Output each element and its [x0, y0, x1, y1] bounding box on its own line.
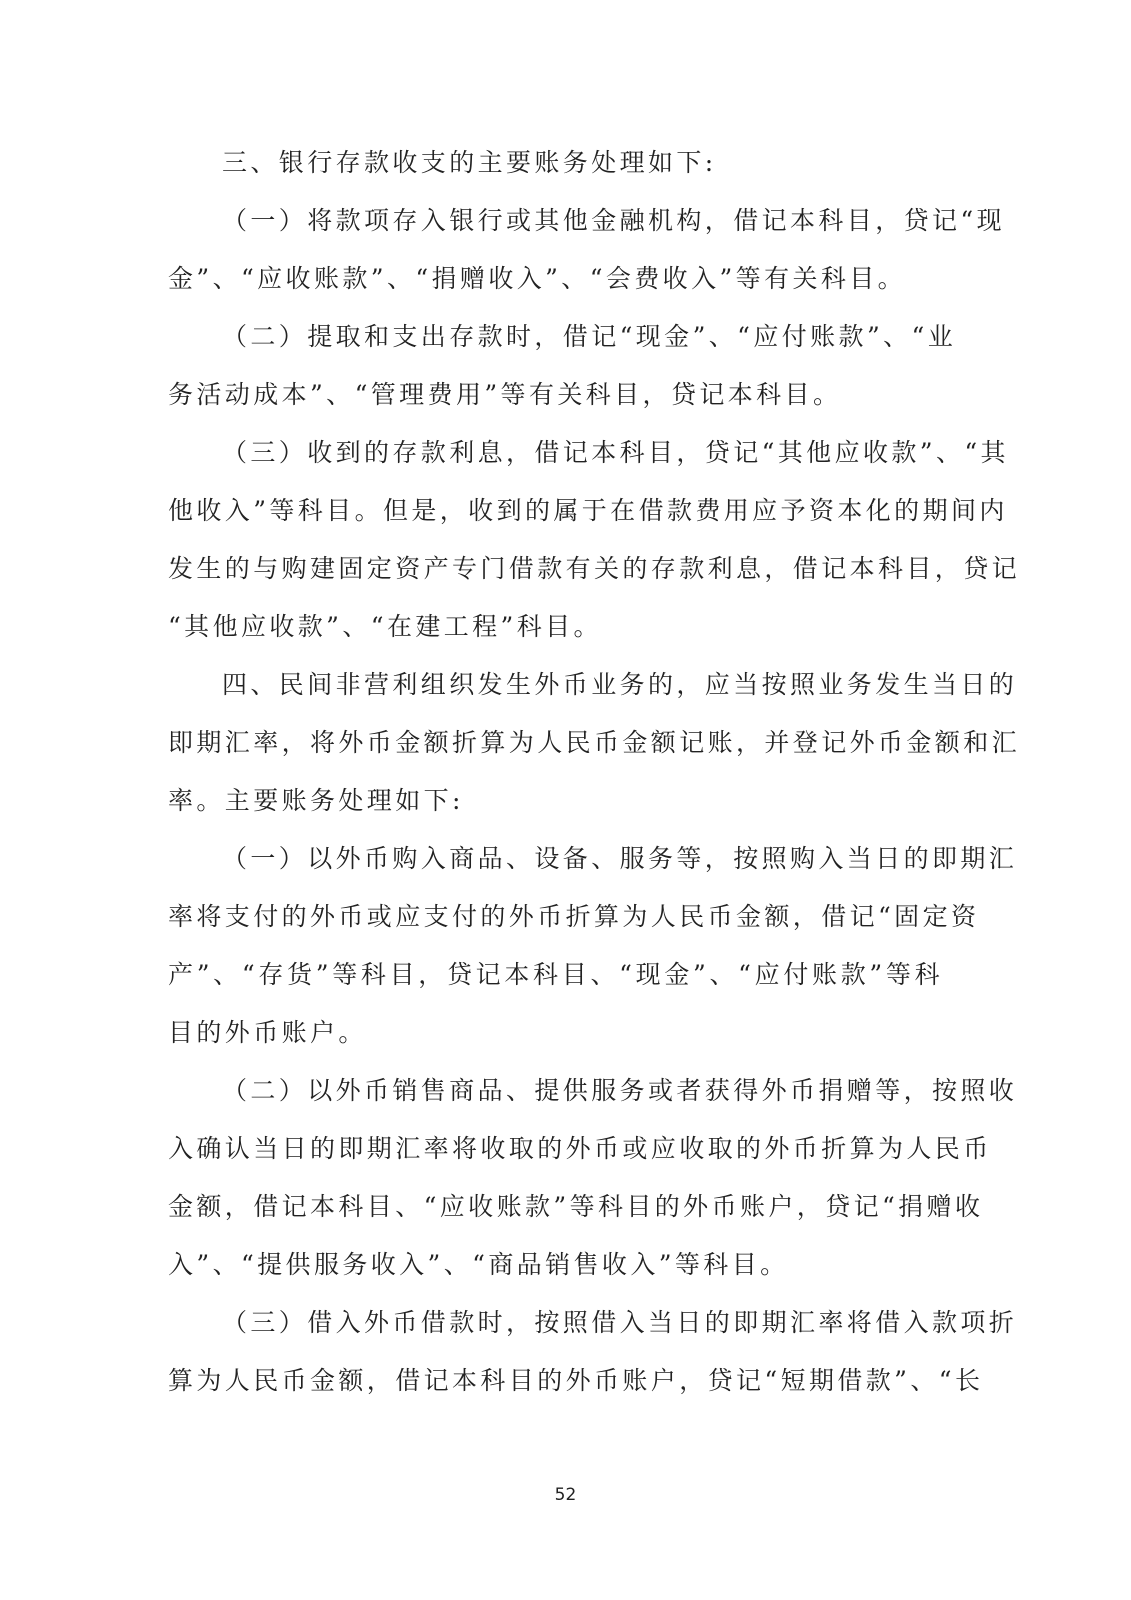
text-line: 产”、“存货”等科目，贷记本科目、“现金”、“应付账款”等科 [168, 960, 943, 990]
text-line: （三）收到的存款利息，借记本科目，贷记“其他应收款”、“其 [222, 438, 943, 468]
text-line: 四、民间非营利组织发生外币业务的，应当按照业务发生当日的 [222, 670, 943, 700]
text-line: 入确认当日的即期汇率将收取的外币或应收取的外币折算为人民币 [168, 1134, 943, 1164]
text-line: 三、银行存款收支的主要账务处理如下: [222, 148, 943, 178]
text-line: 算为人民币金额，借记本科目的外币账户，贷记“短期借款”、“长 [168, 1366, 943, 1396]
text-line: 即期汇率，将外币金额折算为人民币金额记账，并登记外币金额和汇 [168, 728, 943, 758]
text-line: （一）将款项存入银行或其他金融机构，借记本科目，贷记“现 [222, 206, 943, 236]
text-line: （二）提取和支出存款时，借记“现金”、“应付账款”、“业 [222, 322, 943, 352]
text-line: 发生的与购建固定资产专门借款有关的存款利息，借记本科目，贷记 [168, 554, 943, 584]
text-line: 率。主要账务处理如下: [168, 786, 943, 816]
text-line: （一）以外币购入商品、设备、服务等，按照购入当日的即期汇 [222, 844, 943, 874]
page-number: 52 [0, 1485, 1131, 1505]
text-line: 率将支付的外币或应支付的外币折算为人民币金额，借记“固定资 [168, 902, 943, 932]
text-line: 他收入”等科目。但是，收到的属于在借款费用应予资本化的期间内 [168, 496, 943, 526]
text-line: 金额，借记本科目、“应收账款”等科目的外币账户，贷记“捐赠收 [168, 1192, 943, 1222]
text-line: （二）以外币销售商品、提供服务或者获得外币捐赠等，按照收 [222, 1076, 943, 1106]
text-line: “其他应收款”、“在建工程”科目。 [168, 612, 943, 642]
text-line: 务活动成本”、“管理费用”等有关科目，贷记本科目。 [168, 380, 943, 410]
text-line: 目的外币账户。 [168, 1018, 943, 1048]
text-line: （三）借入外币借款时，按照借入当日的即期汇率将借入款项折 [222, 1308, 943, 1338]
text-line: 入”、“提供服务收入”、“商品销售收入”等科目。 [168, 1250, 943, 1280]
document-page: 三、银行存款收支的主要账务处理如下:（一）将款项存入银行或其他金融机构，借记本科… [0, 0, 1131, 1600]
text-line: 金”、“应收账款”、“捐赠收入”、“会费收入”等有关科目。 [168, 264, 943, 294]
